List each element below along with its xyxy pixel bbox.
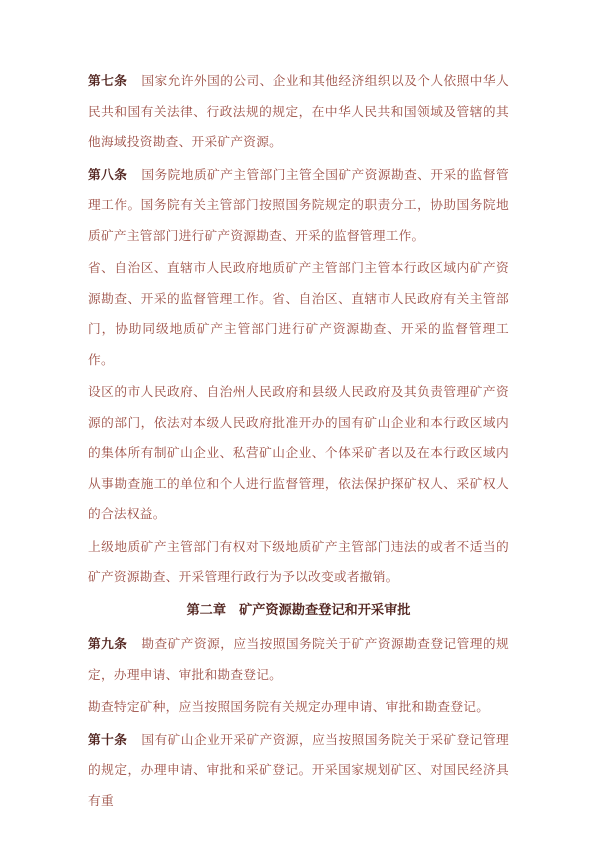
- article-9-number: 第九条: [88, 637, 127, 651]
- paragraph-special-minerals: 勘查特定矿种，应当按照国务院有关规定办理申请、审批和勘查登记。: [88, 692, 509, 723]
- article-7-number: 第七条: [88, 74, 127, 88]
- paragraph-superior-authority: 上级地质矿产主管部门有权对下级地质矿产主管部门违法的或者不适当的矿产资源勘查、开…: [88, 532, 509, 593]
- chapter-number: 第二章: [187, 602, 227, 617]
- article-7-text: 国家允许外国的公司、企业和其他经济组织以及个人依照中华人民共和国有关法律、行政法…: [88, 74, 509, 149]
- article-10-paragraph: 第十条国有矿山企业开采矿产资源，应当按照国务院关于采矿登记管理的规定，办理申请、…: [88, 725, 509, 817]
- article-10-text: 国有矿山企业开采矿产资源，应当按照国务院关于采矿登记管理的规定，办理申请、审批和…: [88, 733, 509, 808]
- document-page: 第七条国家允许外国的公司、企业和其他经济组织以及个人依照中华人民共和国有关法律、…: [0, 0, 595, 841]
- paragraph-municipal-county-authorities: 设区的市人民政府、自治州人民政府和县级人民政府及其负责管理矿产资源的部门，依法对…: [88, 377, 509, 530]
- article-10-number: 第十条: [88, 733, 127, 747]
- article-8-text: 国务院地质矿产主管部门主管全国矿产资源勘查、开采的监督管理工作。国务院有关主管部…: [88, 168, 509, 243]
- chapter-title: 矿产资源勘查登记和开采审批: [239, 602, 410, 617]
- chapter-heading: 第二章矿产资源勘查登记和开采审批: [88, 595, 509, 626]
- document-body: 第七条国家允许外国的公司、企业和其他经济组织以及个人依照中华人民共和国有关法律、…: [88, 66, 509, 816]
- article-8-paragraph: 第八条国务院地质矿产主管部门主管全国矿产资源勘查、开采的监督管理工作。国务院有关…: [88, 160, 509, 252]
- article-9-paragraph: 第九条勘查矿产资源，应当按照国务院关于矿产资源勘查登记管理的规定，办理申请、审批…: [88, 629, 509, 690]
- article-7-paragraph: 第七条国家允许外国的公司、企业和其他经济组织以及个人依照中华人民共和国有关法律、…: [88, 66, 509, 158]
- article-9-text: 勘查矿产资源，应当按照国务院关于矿产资源勘查登记管理的规定，办理申请、审批和勘查…: [88, 637, 509, 682]
- article-8-number: 第八条: [88, 168, 127, 182]
- paragraph-provincial-authorities: 省、自治区、直辖市人民政府地质矿产主管部门主管本行政区域内矿产资源勘查、开采的监…: [88, 253, 509, 375]
